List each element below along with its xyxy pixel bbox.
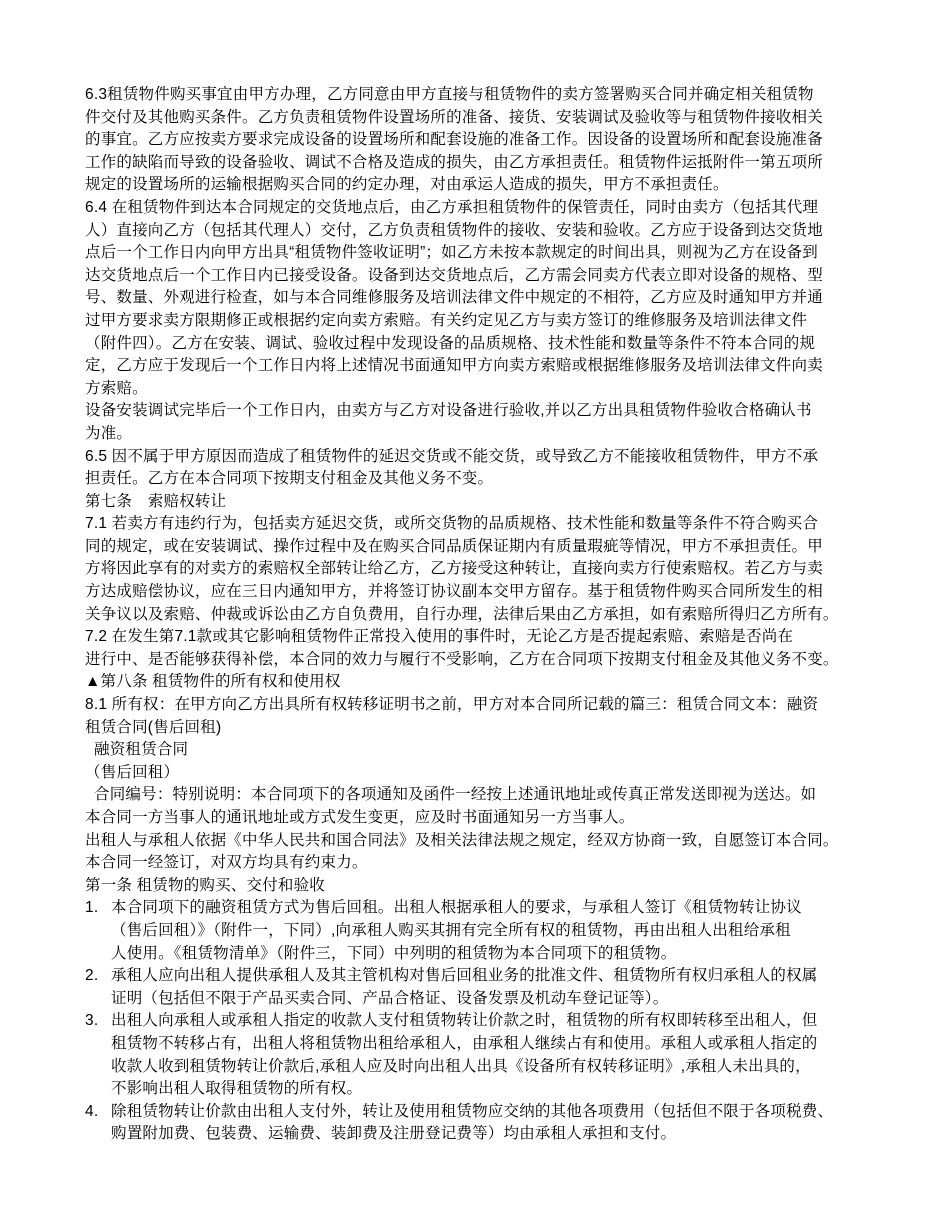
text-line: 证明（包括但不限于产品买卖合同、产品合格证、设备发票及机动车登记证等）。 [85,988,947,1011]
text-line: 的事宜。乙方应按卖方要求完成设备的设置场所和配套设施的准备工作。因设备的设置场所… [85,129,947,152]
text-line: 合同编号：特别说明：本合同项下的各项通知及函件一经按上述通讯地址或传真正常发送即… [85,784,947,807]
text-line: 购置附加费、包装费、运输费、装卸费及注册登记费等）均由承租人承担和支付。 [85,1123,947,1146]
text-line: 设备安装调试完毕后一个工作日内，由卖方与乙方对设备进行验收,并以乙方出具租赁物件… [85,400,947,423]
text-line: 人）直接向乙方（包括其代理人）交付，乙方负责租赁物件的接收、安装和验收。乙方应于… [85,220,947,243]
text-line: 方索赔。 [85,378,947,401]
text-line: 融资租赁合同 [85,739,947,762]
text-line: 7.2 在发生第7.1款或其它影响租赁物件正常投入使用的事件时，无论乙方是否提起… [85,626,947,649]
list-marker: 3. [85,1010,111,1033]
text-line: 6.5 因不属于甲方原因而造成了租赁物件的延迟交货或不能交货，或导致乙方不能接收… [85,446,947,469]
text-line: 进行中、是否能够获得补偿，本合同的效力与履行不受影响，乙方在合同项下按期支付租金… [85,649,947,672]
text-line: 达交货地点后一个工作日内已接受设备。设备到达交货地点后，乙方需会同卖方代表立即对… [85,265,947,288]
text-line: 租赁合同(售后回租) [85,717,947,740]
text-line: 7.1 若卖方有违约行为，包括卖方延迟交货，或所交货物的品质规格、技术性能和数量… [85,513,947,536]
text-line: （附件四）。乙方在安装、调试、验收过程中发现设备的品质规格、技术性能和数量等条件… [85,333,947,356]
text-line: 本合同一经签订，对双方均具有约束力。 [85,852,947,875]
text-line: 租赁物不转移占有，出租人将租赁物出租给承租人，由承租人继续占有和使用。承租人或承… [85,1033,947,1056]
text-line: 方达成赔偿协议，应在三日内通知甲方，并将签订协议副本交甲方留存。基于租赁物件购买… [85,581,947,604]
text-line: 收款人收到租赁物转让价款后,承租人应及时向出租人出具《设备所有权转移证明》,承租… [85,1056,947,1079]
text-line: 3.出租人向承租人或承租人指定的收款人支付租赁物转让价款之时，租赁物的所有权即转… [85,1010,947,1033]
text-line: 规定的设置场所的运输根据购买合同的约定办理，对由承运人造成的损失，甲方不承担责任… [85,174,947,197]
text-line: （售后回租） [85,762,947,785]
list-item-text: 出租人向承租人或承租人指定的收款人支付租赁物转让价款之时，租赁物的所有权即转移至… [111,1010,818,1033]
text-line: ▲第八条 租赁物件的所有权和使用权 [85,671,947,694]
text-line: 2.承租人应向出租人提供承租人及其主管机构对售后回租业务的批准文件、租赁物所有权… [85,965,947,988]
text-line: 6.4 在租赁物件到达本合同规定的交货地点后，由乙方承担租赁物件的保管责任，同时… [85,197,947,220]
text-line: 出租人与承租人依据《中华人民共和国合同法》及相关法律法规之规定，经双方协商一致，… [85,830,947,853]
list-marker: 1. [85,897,111,920]
text-line: 号、数量、外观进行检查，如与本合同维修服务及培训法律文件中规定的不相符，乙方应及… [85,287,947,310]
list-marker: 2. [85,965,111,988]
text-line: 点后一个工作日内向甲方出具“租赁物件签收证明”；如乙方未按本款规定的时间出具，则… [85,242,947,265]
text-line: 4.除租赁物转让价款由出租人支付外，转让及使用租赁物应交纳的其他各项费用（包括但… [85,1101,947,1124]
document-body: 6.3租赁物件购买事宜由甲方办理，乙方同意由甲方直接与租赁物件的卖方签署购买合同… [85,84,947,1146]
text-line: 为准。 [85,423,947,446]
text-line: 8.1 所有权：在甲方向乙方出具所有权转移证明书之前，甲方对本合同所记载的篇三：… [85,694,947,717]
text-line: 同的规定，或在安装调试、操作过程中及在购买合同品质保证期内有质量瑕疵等情况，甲方… [85,536,947,559]
text-line: 本合同一方当事人的通讯地址或方式发生变更，应及时书面通知另一方当事人。 [85,807,947,830]
text-line: 工作的缺陷而导致的设备验收、调试不合格及造成的损失，由乙方承担责任。租赁物件运抵… [85,152,947,175]
text-line: 担责任。乙方在本合同项下按期支付租金及其他义务不变。 [85,468,947,491]
text-line: 件交付及其他购买条件。乙方负责租赁物件设置场所的准备、接货、安装调试及验收等与租… [85,107,947,130]
text-line: （售后回租）》（附件一，下同）,向承租人购买其拥有完全所有权的租赁物，再由出租人… [85,920,947,943]
text-line: 不影响出租人取得租赁物的所有权。 [85,1078,947,1101]
text-line: 6.3租赁物件购买事宜由甲方办理，乙方同意由甲方直接与租赁物件的卖方签署购买合同… [85,84,947,107]
list-item-text: 承租人应向出租人提供承租人及其主管机构对售后回租业务的批准文件、租赁物所有权归承… [111,965,818,988]
text-line: 过甲方要求卖方限期修正或根据约定向卖方索赔。有关约定见乙方与卖方签订的维修服务及… [85,310,947,333]
text-line: 关争议以及索赔、仲裁或诉讼由乙方自负费用，自行办理，法律后果由乙方承担，如有索赔… [85,604,947,627]
text-line: 定，乙方应于发现后一个工作日内将上述情况书面通知甲方向卖方索赔或根据维修服务及培… [85,355,947,378]
list-item-text: 除租赁物转让价款由出租人支付外，转让及使用租赁物应交纳的其他各项费用（包括但不限… [111,1101,833,1124]
text-line: 方将因此享有的对卖方的索赔权全部转让给乙方，乙方接受这种转让，直接向卖方行使索赔… [85,558,947,581]
text-line: 1.本合同项下的融资租赁方式为售后回租。出租人根据承租人的要求，与承租人签订《租… [85,897,947,920]
list-item-text: 本合同项下的融资租赁方式为售后回租。出租人根据承租人的要求，与承租人签订《租赁物… [111,897,802,920]
text-line: 第七条 索赔权转让 [85,491,947,514]
list-marker: 4. [85,1101,111,1124]
text-line: 人使用。《租赁物清单》（附件三，下同）中列明的租赁物为本合同项下的租赁物。 [85,943,947,966]
text-line: 第一条 租赁物的购买、交付和验收 [85,875,947,898]
